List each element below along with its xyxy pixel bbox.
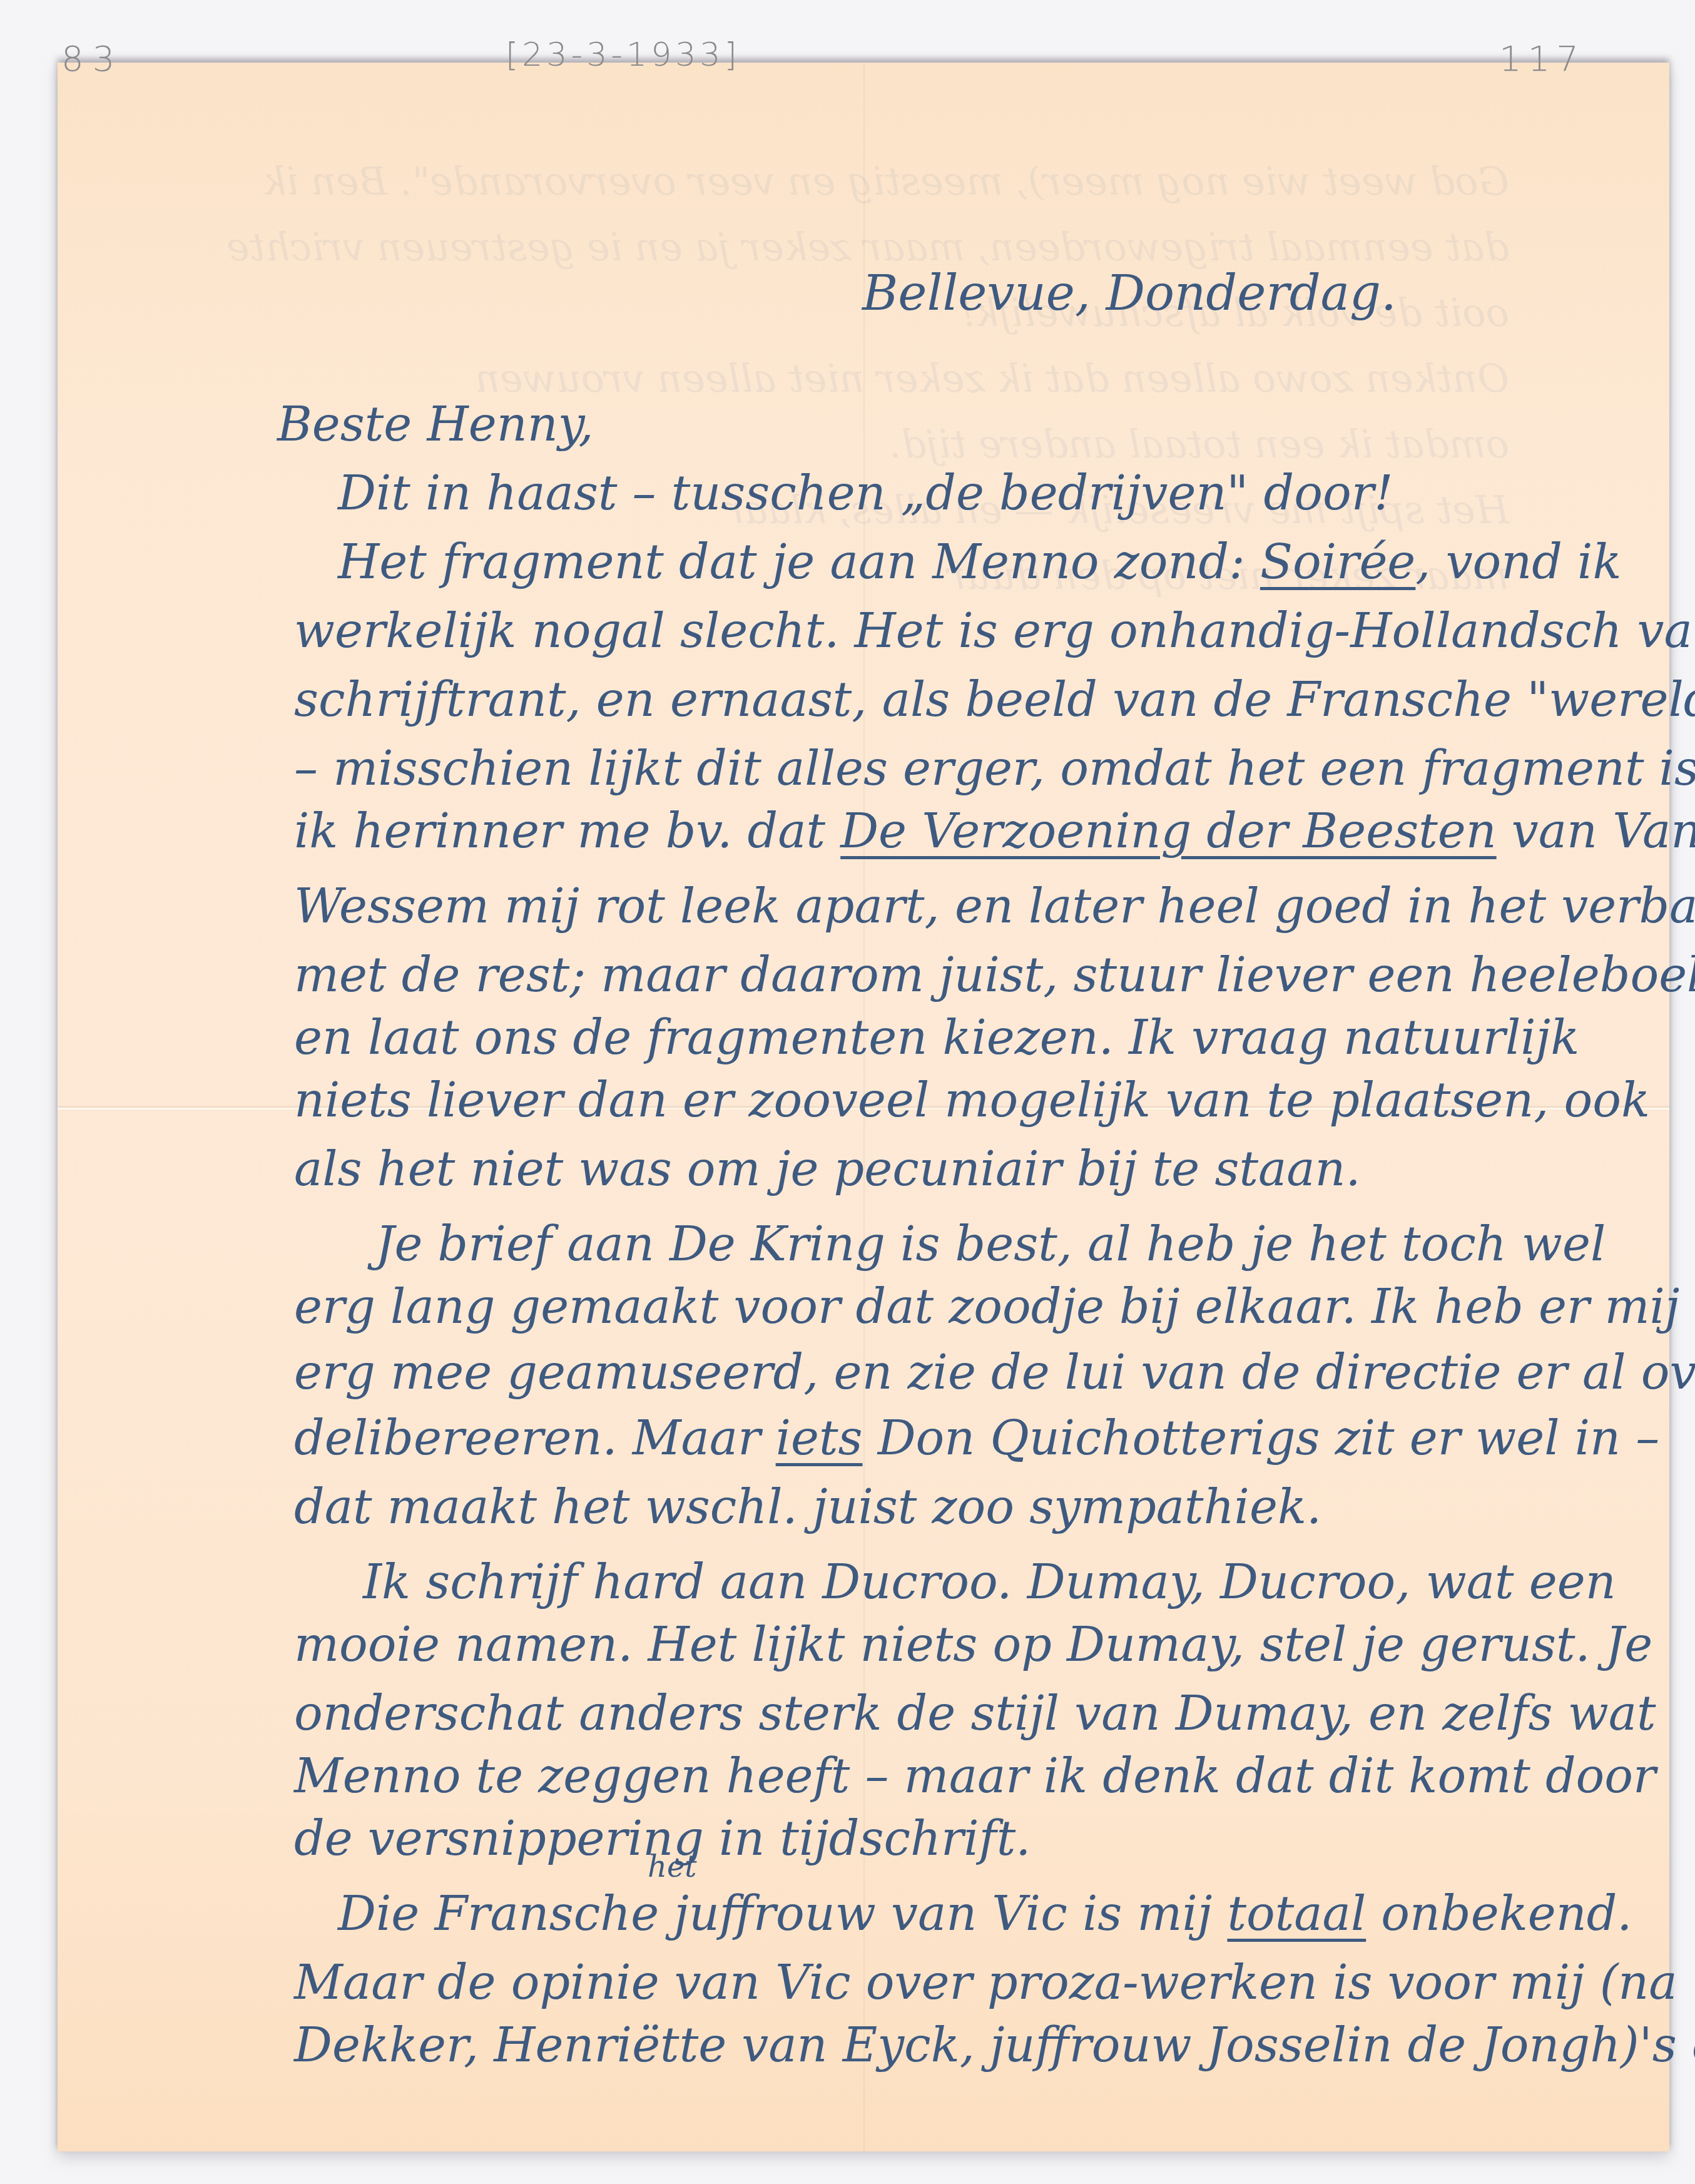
show-through-line: God weet wie nog meer), meestig en veer … <box>145 150 1509 213</box>
line-text: dat maakt het wschl. juist zoo sympathie… <box>294 1479 1321 1534</box>
underlined-phrase: totaal <box>1227 1885 1366 1941</box>
letter-line: Die Fransche juffrouw van Vic is mij tot… <box>338 1890 1632 1937</box>
letter-line: Menno te zeggen heeft – maar ik denk dat… <box>294 1752 1656 1800</box>
letter-line: Je brief aan De Kring is best, al heb je… <box>375 1220 1606 1268</box>
page-number: 117 <box>1499 39 1585 79</box>
line-text: niets liever dan er zooveel mogelijk van… <box>294 1072 1650 1128</box>
line-text: erg lang gemaakt voor dat zoodje bij elk… <box>294 1278 1679 1334</box>
archive-number: 83 <box>61 39 123 79</box>
underlined-phrase: Soirée <box>1260 534 1415 589</box>
letter-line: erg lang gemaakt voor dat zoodje bij elk… <box>294 1283 1679 1330</box>
letter-line: en laat ons de fragmenten kiezen. Ik vra… <box>294 1014 1579 1061</box>
line-text: , vond ik <box>1415 534 1621 589</box>
line-text: erg mee geamuseerd, en zie de lui van de… <box>294 1344 1695 1400</box>
letter-line: erg mee geamuseerd, en zie de lui van de… <box>294 1349 1695 1396</box>
date-annotation: [23-3-1933] <box>506 36 741 74</box>
line-text: en laat ons de fragmenten kiezen. Ik vra… <box>294 1009 1579 1065</box>
line-text: Ik schrijf hard aan Ducroo. Dumay, Ducro… <box>363 1554 1616 1610</box>
line-text: van Van <box>1497 803 1695 859</box>
letter-line: Ik schrijf hard aan Ducroo. Dumay, Ducro… <box>363 1558 1616 1606</box>
letter-line: Dit in haast – tusschen „de bedrijven" d… <box>338 469 1393 517</box>
letter-line: niets liever dan er zooveel mogelijk van… <box>294 1076 1650 1124</box>
letter-line: Wessem mij rot leek apart, en later heel… <box>294 882 1695 930</box>
interlinear-insertion: het <box>648 1849 697 1884</box>
letter-line: mooie namen. Het lijkt niets op Dumay, s… <box>294 1621 1652 1668</box>
line-text: Dit in haast – tusschen „de bedrijven" d… <box>338 465 1393 521</box>
line-text: als het niet was om je pecuniair bij te … <box>294 1141 1361 1197</box>
letter-line: als het niet was om je pecuniair bij te … <box>294 1145 1361 1193</box>
underlined-phrase: iets <box>776 1410 863 1466</box>
line-text: schrijftrant, en ernaast, als beeld van … <box>294 671 1695 727</box>
line-text: Die Fransche juffrouw van Vic is mij <box>338 1885 1227 1941</box>
line-text: Maar de opinie van Vic over proza-werken… <box>294 1954 1677 2010</box>
salutation: Beste Henny, <box>277 401 594 448</box>
line-text: werkelijk nogal slecht. Het is erg onhan… <box>294 603 1695 658</box>
letter-line: ik herinner me bv. dat De Verzoening der… <box>294 807 1695 855</box>
letter-line: werkelijk nogal slecht. Het is erg onhan… <box>294 607 1695 655</box>
letter-line: Dekker, Henriëtte van Eyck, juffrouw Jos… <box>294 2021 1695 2069</box>
letter-line: Het fragment dat je aan Menno zond: Soir… <box>338 538 1621 586</box>
scan-background: God weet wie nog meer), meestig en veer … <box>0 0 1695 2184</box>
underlined-phrase: De Verzoening der Beesten <box>840 803 1496 859</box>
letter-line: delibereeren. Maar iets Don Quichotterig… <box>294 1414 1659 1462</box>
letter-line: Maar de opinie van Vic over proza-werken… <box>294 1959 1677 2006</box>
line-text: onbekend. <box>1366 1885 1632 1941</box>
line-text: onderschat anders sterk de stijl van Dum… <box>294 1685 1656 1741</box>
line-text: Menno te zeggen heeft – maar ik denk dat… <box>294 1748 1656 1804</box>
line-text: Wessem mij rot leek apart, en later heel… <box>294 878 1695 934</box>
line-text: mooie namen. Het lijkt niets op Dumay, s… <box>294 1616 1652 1672</box>
letter-line: dat maakt het wschl. juist zoo sympathie… <box>294 1483 1321 1531</box>
letter-line: met de rest; maar daarom juist, stuur li… <box>294 951 1695 999</box>
line-text: Dekker, Henriëtte van Eyck, juffrouw Jos… <box>294 2017 1695 2073</box>
place-and-day: Bellevue, Donderdag. <box>862 269 1397 318</box>
line-text: Don Quichotterigs zit er wel in – <box>862 1410 1659 1466</box>
line-text: – misschien lijkt dit alles erger, omdat… <box>294 740 1695 796</box>
letter-line: – misschien lijkt dit alles erger, omdat… <box>294 745 1695 792</box>
line-text: delibereeren. Maar <box>294 1410 776 1466</box>
letter-line: schrijftrant, en ernaast, als beeld van … <box>294 676 1695 723</box>
line-text: Je brief aan De Kring is best, al heb je… <box>375 1216 1606 1272</box>
line-text: met de rest; maar daarom juist, stuur li… <box>294 947 1695 1003</box>
line-text: ik herinner me bv. dat <box>294 803 840 859</box>
letter-line: onderschat anders sterk de stijl van Dum… <box>294 1690 1656 1737</box>
line-text: Het fragment dat je aan Menno zond: <box>338 534 1260 589</box>
